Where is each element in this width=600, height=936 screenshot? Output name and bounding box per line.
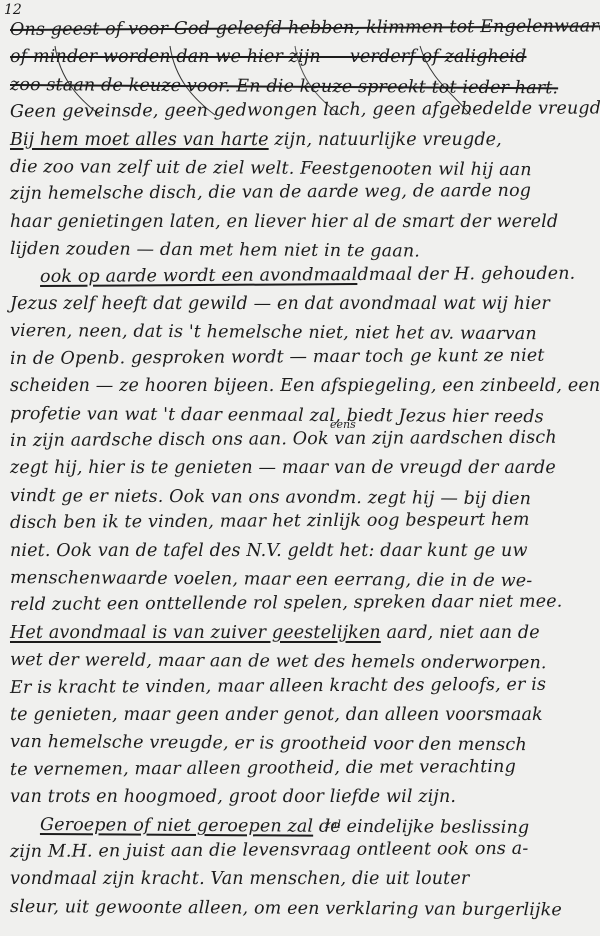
handwritten-line: vondmaal zijn kracht. Van menschen, die …	[10, 867, 595, 891]
struck-text: of minder worden dan we hier zijn — verd…	[10, 47, 526, 67]
handwritten-line: ook op aarde wordt een avondmaaldmaal de…	[40, 261, 600, 289]
handwritten-line: niet. Ook van de tafel des N.V. geldt he…	[10, 539, 595, 563]
inserted-word: zal	[325, 818, 341, 831]
underlined-text: Bij hem moet alles van harte	[10, 130, 269, 150]
handwritten-line: zegt hij, hier is te genieten — maar van…	[10, 456, 595, 480]
handwritten-line: te genieten, maar geen ander genot, dan …	[10, 703, 595, 727]
line-text: dmaal der H. gehouden.	[357, 263, 575, 284]
handwritten-line: zijn M.H. en juist aan die levensvraag o…	[10, 836, 595, 864]
handwritten-line: Er is kracht te vinden, maar alleen krac…	[10, 672, 595, 700]
handwritten-line: reld zucht een onttellende rol spelen, s…	[10, 590, 595, 618]
line-text: de eindelijke beslissing	[313, 816, 529, 837]
handwritten-line: sleur, uit gewoonte alleen, om een verkl…	[10, 895, 595, 923]
page-number: 12	[4, 2, 22, 18]
line-text: aard, niet aan de	[381, 623, 540, 643]
handwritten-line: Het avondmaal is van zuiver geestelijken…	[10, 621, 595, 645]
handwritten-line: Geen geveinsde, geen gedwongen lach, gee…	[10, 97, 595, 125]
handwritten-line: haar genietingen laten, en liever hier a…	[10, 210, 595, 234]
line-text: zijn, natuurlijke vreugde,	[269, 130, 502, 150]
handwritten-line: lijden zouden — dan met hem niet in te g…	[10, 237, 595, 265]
handwritten-line: Ons geest of voor God geleefd hebben, kl…	[10, 14, 595, 42]
handwritten-line: of minder worden dan we hier zijn — verd…	[10, 45, 595, 69]
handwritten-line: in zijn aardsche disch ons aan. Ook van …	[10, 425, 595, 453]
inserted-word: eens	[330, 418, 356, 431]
struck-text: Ons geest of voor God geleefd hebben, kl…	[10, 16, 600, 40]
underlined-text: Geroepen of niet geroepen zal	[40, 815, 313, 837]
handwritten-line: in de Openb. gesproken wordt — maar toch…	[10, 343, 595, 371]
handwritten-line: Jezus zelf heeft dat gewild — en dat avo…	[10, 292, 595, 316]
underlined-text: ook op aarde wordt een avondmaal	[40, 265, 357, 287]
handwritten-line: scheiden — ze hooren bijeen. Een afspieg…	[10, 374, 595, 398]
underlined-text: Het avondmaal is van zuiver geestelijken	[10, 623, 381, 643]
struck-text: zoo staan de keuze voor. En die keuze sp…	[10, 75, 558, 98]
manuscript-page: 12 Ons geest of voor God geleefd hebben,…	[0, 0, 600, 936]
handwritten-line: zijn hemelsche disch, die van de aarde w…	[10, 179, 595, 207]
handwritten-line: Bij hem moet alles van harte zijn, natuu…	[10, 128, 595, 152]
handwritten-line: disch ben ik te vinden, maar het zinlijk…	[10, 508, 595, 536]
handwritten-line: vieren, neen, dat is 't hemelsche niet, …	[10, 319, 595, 347]
handwritten-line: van hemelsche vreugde, er is grootheid v…	[10, 730, 595, 758]
handwritten-line: te vernemen, maar alleen grootheid, die …	[10, 754, 595, 782]
handwritten-line: wet der wereld, maar aan de wet des heme…	[10, 648, 595, 676]
handwritten-line: van trots en hoogmoed, groot door liefde…	[10, 785, 595, 809]
